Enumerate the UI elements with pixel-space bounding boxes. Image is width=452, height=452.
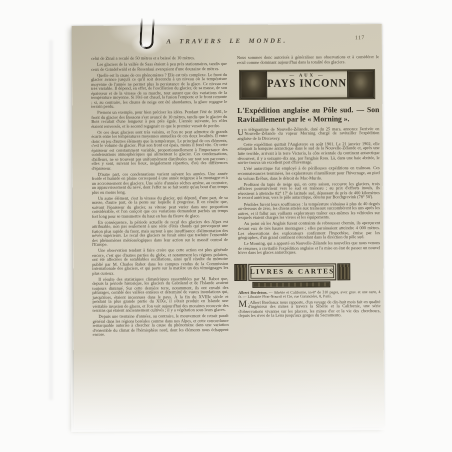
- livres-banner-ornament-left: [234, 264, 247, 281]
- body-paragraph: Profitant du tapis de neige qui, en cett…: [238, 182, 380, 201]
- book-review-paragraph: M. Albert Bordeaux nous rapporte, d'un v…: [238, 300, 380, 319]
- body-paragraph: Or ces deux glaciers sont très voisins, …: [91, 130, 227, 171]
- body-paragraph: En conséquence, la période actuelle de r…: [92, 220, 228, 248]
- body-paragraph: Il résulte des statistiques climatérique…: [92, 276, 228, 313]
- book-reference: Albert Bordeaux. — Sibérie et Californie…: [238, 290, 380, 299]
- drop-cap-u: U: [237, 127, 243, 135]
- body-paragraph: Les glaciers de la vallée de Saas étaien…: [91, 62, 227, 72]
- livres-banner-label: LIVRES & CARTES: [248, 263, 336, 281]
- article-lead-paragraph: Un télégramme de Nouvelle-Zélande, daté …: [237, 127, 379, 142]
- body-paragraph: Depuis une trentaine d'années, au contra…: [93, 314, 229, 337]
- article-title: L'Expédition anglaise au Pôle sud. — Son…: [237, 105, 379, 124]
- book-review-text: . Albert Bordeaux nous rapporte, d'un vo…: [239, 299, 381, 319]
- body-paragraph: Cette expédition quittait l'Angleterre e…: [237, 142, 379, 166]
- body-paragraph: Un autre élément, c'est la vitesse du gl…: [92, 196, 228, 219]
- livres-banner-ribbon: [252, 281, 330, 287]
- body-paragraph: Une observation tendant à faire croire q…: [92, 248, 228, 276]
- masthead-journal-title: A TRAVERS LE MONDE.: [72, 37, 382, 46]
- left-text-column: celui de Zinal a reculé de 50 mètres et …: [91, 56, 229, 339]
- body-paragraph: Le Morning, qui a apporté en Nouvelle-Zé…: [238, 241, 380, 256]
- body-paragraph: Quelle est la cause de ces phénomènes ? …: [91, 73, 227, 110]
- page-number: 117: [355, 35, 365, 41]
- body-paragraph: Pénibles furent leurs souffrances : la t…: [238, 202, 380, 221]
- backdrop-sheet-shadow: [48, 40, 54, 400]
- body-paragraph: Au point où les Anglais furent contraint…: [238, 221, 380, 240]
- banner-engraving-left: [240, 71, 267, 99]
- right-text-column: Nous sommes donc autorisés à généraliser…: [237, 55, 381, 320]
- paperclip: [139, 18, 155, 50]
- banner-engraving-right: [347, 70, 374, 98]
- magazine-page: A TRAVERS LE MONDE. 117 celui de Zinal a…: [72, 24, 384, 429]
- body-paragraph: Prenons un exemple, pour bien préciser l…: [91, 110, 227, 129]
- livres-banner-ornament-right: [337, 263, 350, 280]
- banner-words-pays-inconnus: PAYS INCONNUS: [267, 78, 347, 91]
- section-banner-livres-cartes: LIVRES & CARTES: [234, 263, 350, 281]
- body-paragraph: L'été antarctique fut employé à de péril…: [238, 166, 380, 181]
- section-banner-aux-pays-inconnus: — AUX — PAYS INCONNUS: [239, 69, 375, 100]
- body-paragraph: D'autre part, ces condensations varient …: [92, 172, 228, 195]
- intro-paragraph: Nous sommes donc autorisés à généraliser…: [237, 55, 379, 65]
- lead-text: n télégramme de Nouvelle-Zélande, daté d…: [237, 126, 379, 141]
